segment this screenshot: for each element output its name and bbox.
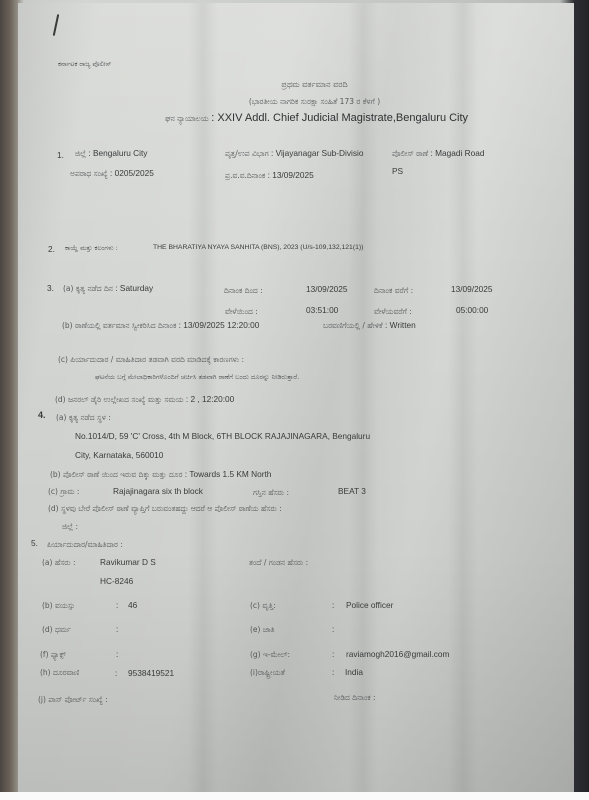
time-from-value: 03:51:00	[306, 305, 338, 315]
act-sections-value: THE BHARATIYA NYAYA SANHITA (BNS), 2023 …	[153, 244, 363, 251]
date-to-label: ದಿನಾಂಕ ವರೆಗೆ :	[374, 286, 413, 296]
father-husband-name-label: ತಂದೆ / ಗಂಡನ ಹೆಸರು :	[249, 558, 308, 568]
delay-reason-label: (c) ಪಿರ್ಯಾದುದಾರ / ಮಾಹಿತಿದಾರ ತಡವಾಗಿ ವರದಿ …	[58, 354, 244, 365]
police-station-label: ಪೊಲೀಸ್ ಠಾಣೆ	[392, 149, 428, 158]
section-3-number: 3.	[47, 283, 54, 293]
religion-label: (d) ಧರ್ಮ	[42, 624, 71, 635]
caste-label-text: (e) ಜಾತಿ	[250, 625, 275, 634]
info-mode-label: ಬರವಣಿಗೆಯಲ್ಲಿ / ಹೇಳಿಕೆ	[323, 321, 383, 330]
document-subtitle: (ಭಾರತೀಯ ನಾಗರಿಕ ಸುರಕ್ಷಾ ಸಂಹಿತೆ 173 ರ ಕೆಳಗ…	[0, 97, 589, 107]
nationality-label-text: (i)ರಾಷ್ಟ್ರೀಯತೆ	[250, 668, 285, 677]
subdivision-label: ಪೃತ್ತ/ಉಪ ವಿಭಾಗ	[225, 149, 269, 158]
address-line-2: City, Karnataka, 560010	[75, 450, 163, 460]
nationality-colon: :	[332, 667, 334, 677]
direction-distance-label: (b) ಪೊಲೀಸ್ ಠಾಣೆ ಯಿಂದ ಇರುವ ದಿಕ್ಕು ಮತ್ತು ದ…	[50, 470, 182, 479]
other-station-district-label: ಜಿಲ್ಲೆ :	[62, 522, 78, 532]
passport-number-label-text: (j) ಪಾಸ್ ಪೋರ್ಟ್ ಸಂಖ್ಯೆ :	[38, 695, 108, 704]
section-1-number: 1.	[57, 150, 64, 160]
section-2-number: 2.	[48, 244, 55, 254]
occupation-value: Police officer	[346, 600, 393, 610]
name-value-cont: HC-8246	[100, 576, 133, 586]
district-value: : Bengaluru City	[88, 148, 147, 158]
age-colon: :	[116, 600, 118, 610]
fir-date-field: ಪ್ರ.ವ.ವ.ದಿನಾಂಕ : 13/09/2025	[225, 170, 314, 181]
caste-colon: :	[332, 624, 334, 634]
issue-date-label: ನೀಡಿದ ದಿನಾಂಕ :	[334, 692, 376, 703]
district-field: ಜಿಲ್ಲೆ : Bengaluru City	[75, 148, 147, 159]
age-label: (b) ವಯಸ್ಸು	[42, 600, 75, 611]
name-value: Ravikumar D S	[100, 557, 156, 567]
info-received-value: : 13/09/2025 12:20:00	[179, 320, 260, 330]
crime-number-value: : 0205/2025	[110, 168, 154, 178]
police-station-field: ಪೊಲೀಸ್ ಠಾಣೆ : Magadi Road	[392, 148, 484, 159]
court-line: ಘನ ನ್ಯಾಯಾಲಯ : XXIV Addl. Chief Judicial …	[165, 112, 468, 124]
subdivision-value: : Vijayanagar Sub-Divisio	[271, 148, 364, 158]
address-line-1: No.1014/D, 59 'C' Cross, 4th M Block, 6T…	[75, 431, 370, 441]
occurrence-day-value: : Saturday	[115, 283, 153, 293]
general-diary-field: (d) ಜನರಲ್ ಡೈರಿ ಉಲ್ಲೇಖದ ಸಂಖ್ಯೆ ಮತ್ತು ಸಮಯ …	[55, 394, 234, 405]
village-label: (c) ಗ್ರಾಮ :	[48, 487, 79, 496]
nationality-value: India	[345, 667, 363, 677]
email-label-text: (g) ಇ-ಮೇಲ್:	[250, 650, 290, 659]
time-to-value: 05:00:00	[456, 305, 488, 315]
complainant-section-title: ಪಿರ್ಯಾದುದಾರ/ಮಾಹಿತಿದಾರ :	[47, 540, 123, 550]
other-station-label-text: (d) ಸ್ಥಳವು ಬೇರೆ ಪೊಲೀಸ್ ಠಾಣೆ ವ್ಯಾಪ್ತಿಗೆ ಬ…	[48, 504, 282, 513]
subdivision-field: ಪೃತ್ತ/ಉಪ ವಿಭಾಗ : Vijayanagar Sub-Divisio	[225, 148, 364, 159]
crime-number-field: ಅಪರಾಧ ಸಂಖ್ಯೆ : 0205/2025	[70, 168, 154, 179]
document-title: ಪ್ರಥಮ ವರ್ತಮಾನ ವರದಿ	[0, 80, 589, 90]
org-name: ಕರ್ನಾಟಕ ರಾಜ್ಯ ಪೊಲೀಸ್	[58, 60, 111, 69]
district-label: ಜಿಲ್ಲೆ	[75, 149, 86, 158]
delay-reason-value: ಘಟನೆಯ ಬಗ್ಗೆ ಮೇಲಾಧಿಕಾರಿಗಳೊಂದಿಗೆ ಚರ್ಚಿಸಿ ತ…	[95, 373, 299, 382]
court-value: : XXIV Addl. Chief Judicial Magistrate,B…	[211, 112, 468, 124]
delay-reason-label-text: (c) ಪಿರ್ಯಾದುದಾರ / ಮಾಹಿತಿದಾರ ತಡವಾಗಿ ವರದಿ …	[58, 355, 244, 364]
fax-label: (f) ಫ್ಯಾಕ್ಸ್	[40, 649, 66, 660]
occupation-colon: :	[332, 600, 334, 610]
court-label: ಘನ ನ್ಯಾಯಾಲಯ	[165, 114, 209, 123]
occurrence-day-field: (a) ಕೃತ್ಯ ನಡೆದ ದಿನ : Saturday	[63, 283, 153, 294]
village-value: Rajajinagara six th block	[113, 486, 203, 496]
religion-colon: :	[116, 624, 118, 634]
occurrence-place-label: (a) ಕೃತ್ಯ ನಡೆದ ಸ್ಥಳ :	[56, 412, 111, 423]
date-to-value: 13/09/2025	[451, 284, 493, 294]
general-diary-value: : 2 , 12:20:00	[186, 394, 234, 404]
direction-distance-value: : Towards 1.5 KM North	[185, 469, 272, 479]
nationality-label: (i)ರಾಷ್ಟ್ರೀಯತೆ	[250, 667, 285, 678]
act-sections-label: ಕಾಯ್ದೆ ಮತ್ತು ಕಲಂಗಳು :	[65, 244, 118, 253]
email-value: raviamogh2016@gmail.com	[346, 649, 449, 659]
beat-value: BEAT 3	[338, 486, 366, 496]
date-from-label: ದಿನಾಂಕ ದಿಂದ :	[224, 286, 263, 296]
info-received-label: (b) ಠಾಣೆಯಲ್ಲಿ ವರ್ತಮಾನ ಸ್ವೀಕರಿಸಿದ ದಿನಾಂಕ	[62, 321, 176, 330]
phone-label: (h) ದೂರವಾಣಿ	[40, 667, 79, 678]
date-from-value: 13/09/2025	[306, 284, 348, 294]
general-diary-label: (d) ಜನರಲ್ ಡೈರಿ ಉಲ್ಲೇಖದ ಸಂಖ್ಯೆ ಮತ್ತು ಸಮಯ	[55, 395, 184, 404]
police-station-value-cont: PS	[392, 166, 403, 176]
time-to-label: ವೇಳೆಯವರೆಗೆ :	[374, 307, 412, 317]
section-5-number: 5.	[31, 538, 38, 548]
issue-date-label-text: ನೀಡಿದ ದಿನಾಂಕ :	[334, 693, 376, 702]
fax-label-text: (f) ಫ್ಯಾಕ್ಸ್	[40, 650, 66, 659]
name-label: (a) ಹೆಸರು :	[42, 557, 76, 568]
name-label-text: (a) ಹೆಸರು :	[42, 558, 76, 567]
phone-value: 9538419521	[128, 668, 174, 678]
age-value: 46	[128, 600, 137, 610]
occurrence-day-label: (a) ಕೃತ್ಯ ನಡೆದ ದಿನ	[63, 284, 113, 293]
fir-date-value: : 13/09/2025	[268, 170, 314, 180]
village-field: (c) ಗ್ರಾಮ :	[48, 486, 79, 497]
info-mode-field: ಬರವಣಿಗೆಯಲ್ಲಿ / ಹೇಳಿಕೆ : Written	[323, 320, 416, 331]
other-station-label: (d) ಸ್ಥಳವು ಬೇರೆ ಪೊಲೀಸ್ ಠಾಣೆ ವ್ಯಾಪ್ತಿಗೆ ಬ…	[48, 503, 282, 514]
crime-number-label: ಅಪರಾಧ ಸಂಖ್ಯೆ	[70, 169, 108, 178]
caste-label: (e) ಜಾತಿ	[250, 624, 275, 635]
beat-label: ಗಸ್ತಿನ ಹೆಸರು :	[253, 488, 289, 498]
direction-distance-field: (b) ಪೊಲೀಸ್ ಠಾಣೆ ಯಿಂದ ಇರುವ ದಿಕ್ಕು ಮತ್ತು ದ…	[50, 469, 271, 480]
email-label: (g) ಇ-ಮೇಲ್:	[250, 649, 290, 660]
time-from-label: ವೇಳೆಯಿಂದ :	[225, 307, 258, 317]
image-border	[0, 792, 589, 800]
occupation-label: (c) ವೃತ್ತಿ:	[250, 600, 276, 611]
phone-label-text: (h) ದೂರವಾಣಿ	[40, 668, 79, 677]
info-received-field: (b) ಠಾಣೆಯಲ್ಲಿ ವರ್ತಮಾನ ಸ್ವೀಕರಿಸಿದ ದಿನಾಂಕ …	[62, 320, 259, 331]
police-station-value: : Magadi Road	[431, 148, 485, 158]
fir-date-label: ಪ್ರ.ವ.ವ.ದಿನಾಂಕ	[225, 171, 265, 180]
section-4-number: 4.	[38, 410, 46, 420]
info-mode-value: : Written	[385, 320, 416, 330]
age-label-text: (b) ವಯಸ್ಸು	[42, 601, 75, 610]
email-colon: :	[332, 649, 334, 659]
phone-colon: :	[115, 668, 117, 678]
passport-number-label: (j) ಪಾಸ್ ಪೋರ್ಟ್ ಸಂಖ್ಯೆ :	[38, 694, 108, 705]
religion-label-text: (d) ಧರ್ಮ	[42, 625, 71, 634]
fax-colon: :	[116, 649, 118, 659]
occurrence-place-label-text: (a) ಕೃತ್ಯ ನಡೆದ ಸ್ಥಳ :	[56, 413, 111, 422]
occupation-label-text: (c) ವೃತ್ತಿ:	[250, 601, 276, 610]
